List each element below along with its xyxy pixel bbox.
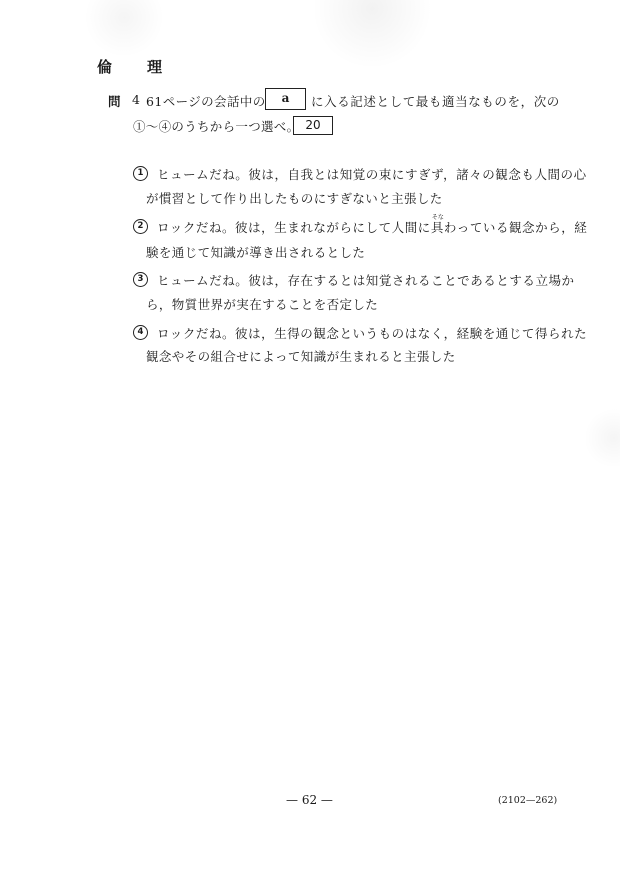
option-4-line2: 観念やその組合せによって知識が生まれると主張した — [146, 347, 456, 365]
question-text-line2: ①〜④のうちから一つ選べ。 — [133, 117, 299, 135]
document-code: (2102—262) — [498, 795, 557, 806]
ruby-reading: そな — [432, 212, 444, 221]
question-text-line1-after-box: に入る記述として最も適当なものを，次の — [311, 92, 560, 110]
option-1-line1: ヒュームだね。彼は，自我とは知覚の束にすぎず，諸々の観念も人間の心 — [157, 165, 587, 183]
answer-number-box: 20 — [293, 116, 333, 135]
option-2-line1-after: わっている観念から，経 — [444, 220, 587, 235]
ruby-annotation: そな具 — [431, 220, 444, 235]
section-heading: 倫 理 — [97, 56, 172, 77]
option-2-line1: ロックだね。彼は，生まれながらにして人間にそな具わっている観念から，経 — [157, 218, 587, 236]
circled-number-2-icon: 2 — [133, 219, 148, 234]
question-number: 4 — [132, 92, 140, 107]
question-text-line1: 61ページの会話中の — [146, 92, 266, 110]
ruby-base: 具 — [431, 220, 444, 235]
option-2-line2: 験を通じて知識が導き出されるとした — [146, 243, 365, 261]
exam-page: 倫 理 問 4 61ページの会話中の a に入る記述として最も適当なものを，次の… — [0, 0, 620, 876]
page-number: — 62 — — [286, 793, 333, 807]
question-label: 問 — [108, 92, 121, 110]
option-1-line2: が慣習として作り出したものにすぎないと主張した — [146, 189, 443, 207]
circled-number-4-icon: 4 — [133, 325, 148, 340]
option-3-line2: ら，物質世界が実在することを否定した — [146, 295, 378, 313]
option-2-line1-before: ロックだね。彼は，生まれながらにして人間に — [157, 220, 431, 235]
circled-number-3-icon: 3 — [133, 272, 148, 287]
option-3-line1: ヒュームだね。彼は，存在するとは知覚されることであるとする立場か — [157, 271, 575, 289]
circled-number-1-icon: 1 — [133, 166, 148, 181]
blank-box-a: a — [265, 88, 306, 110]
option-4-line1: ロックだね。彼は，生得の観念というものはなく，経験を通じて得られた — [157, 324, 587, 342]
